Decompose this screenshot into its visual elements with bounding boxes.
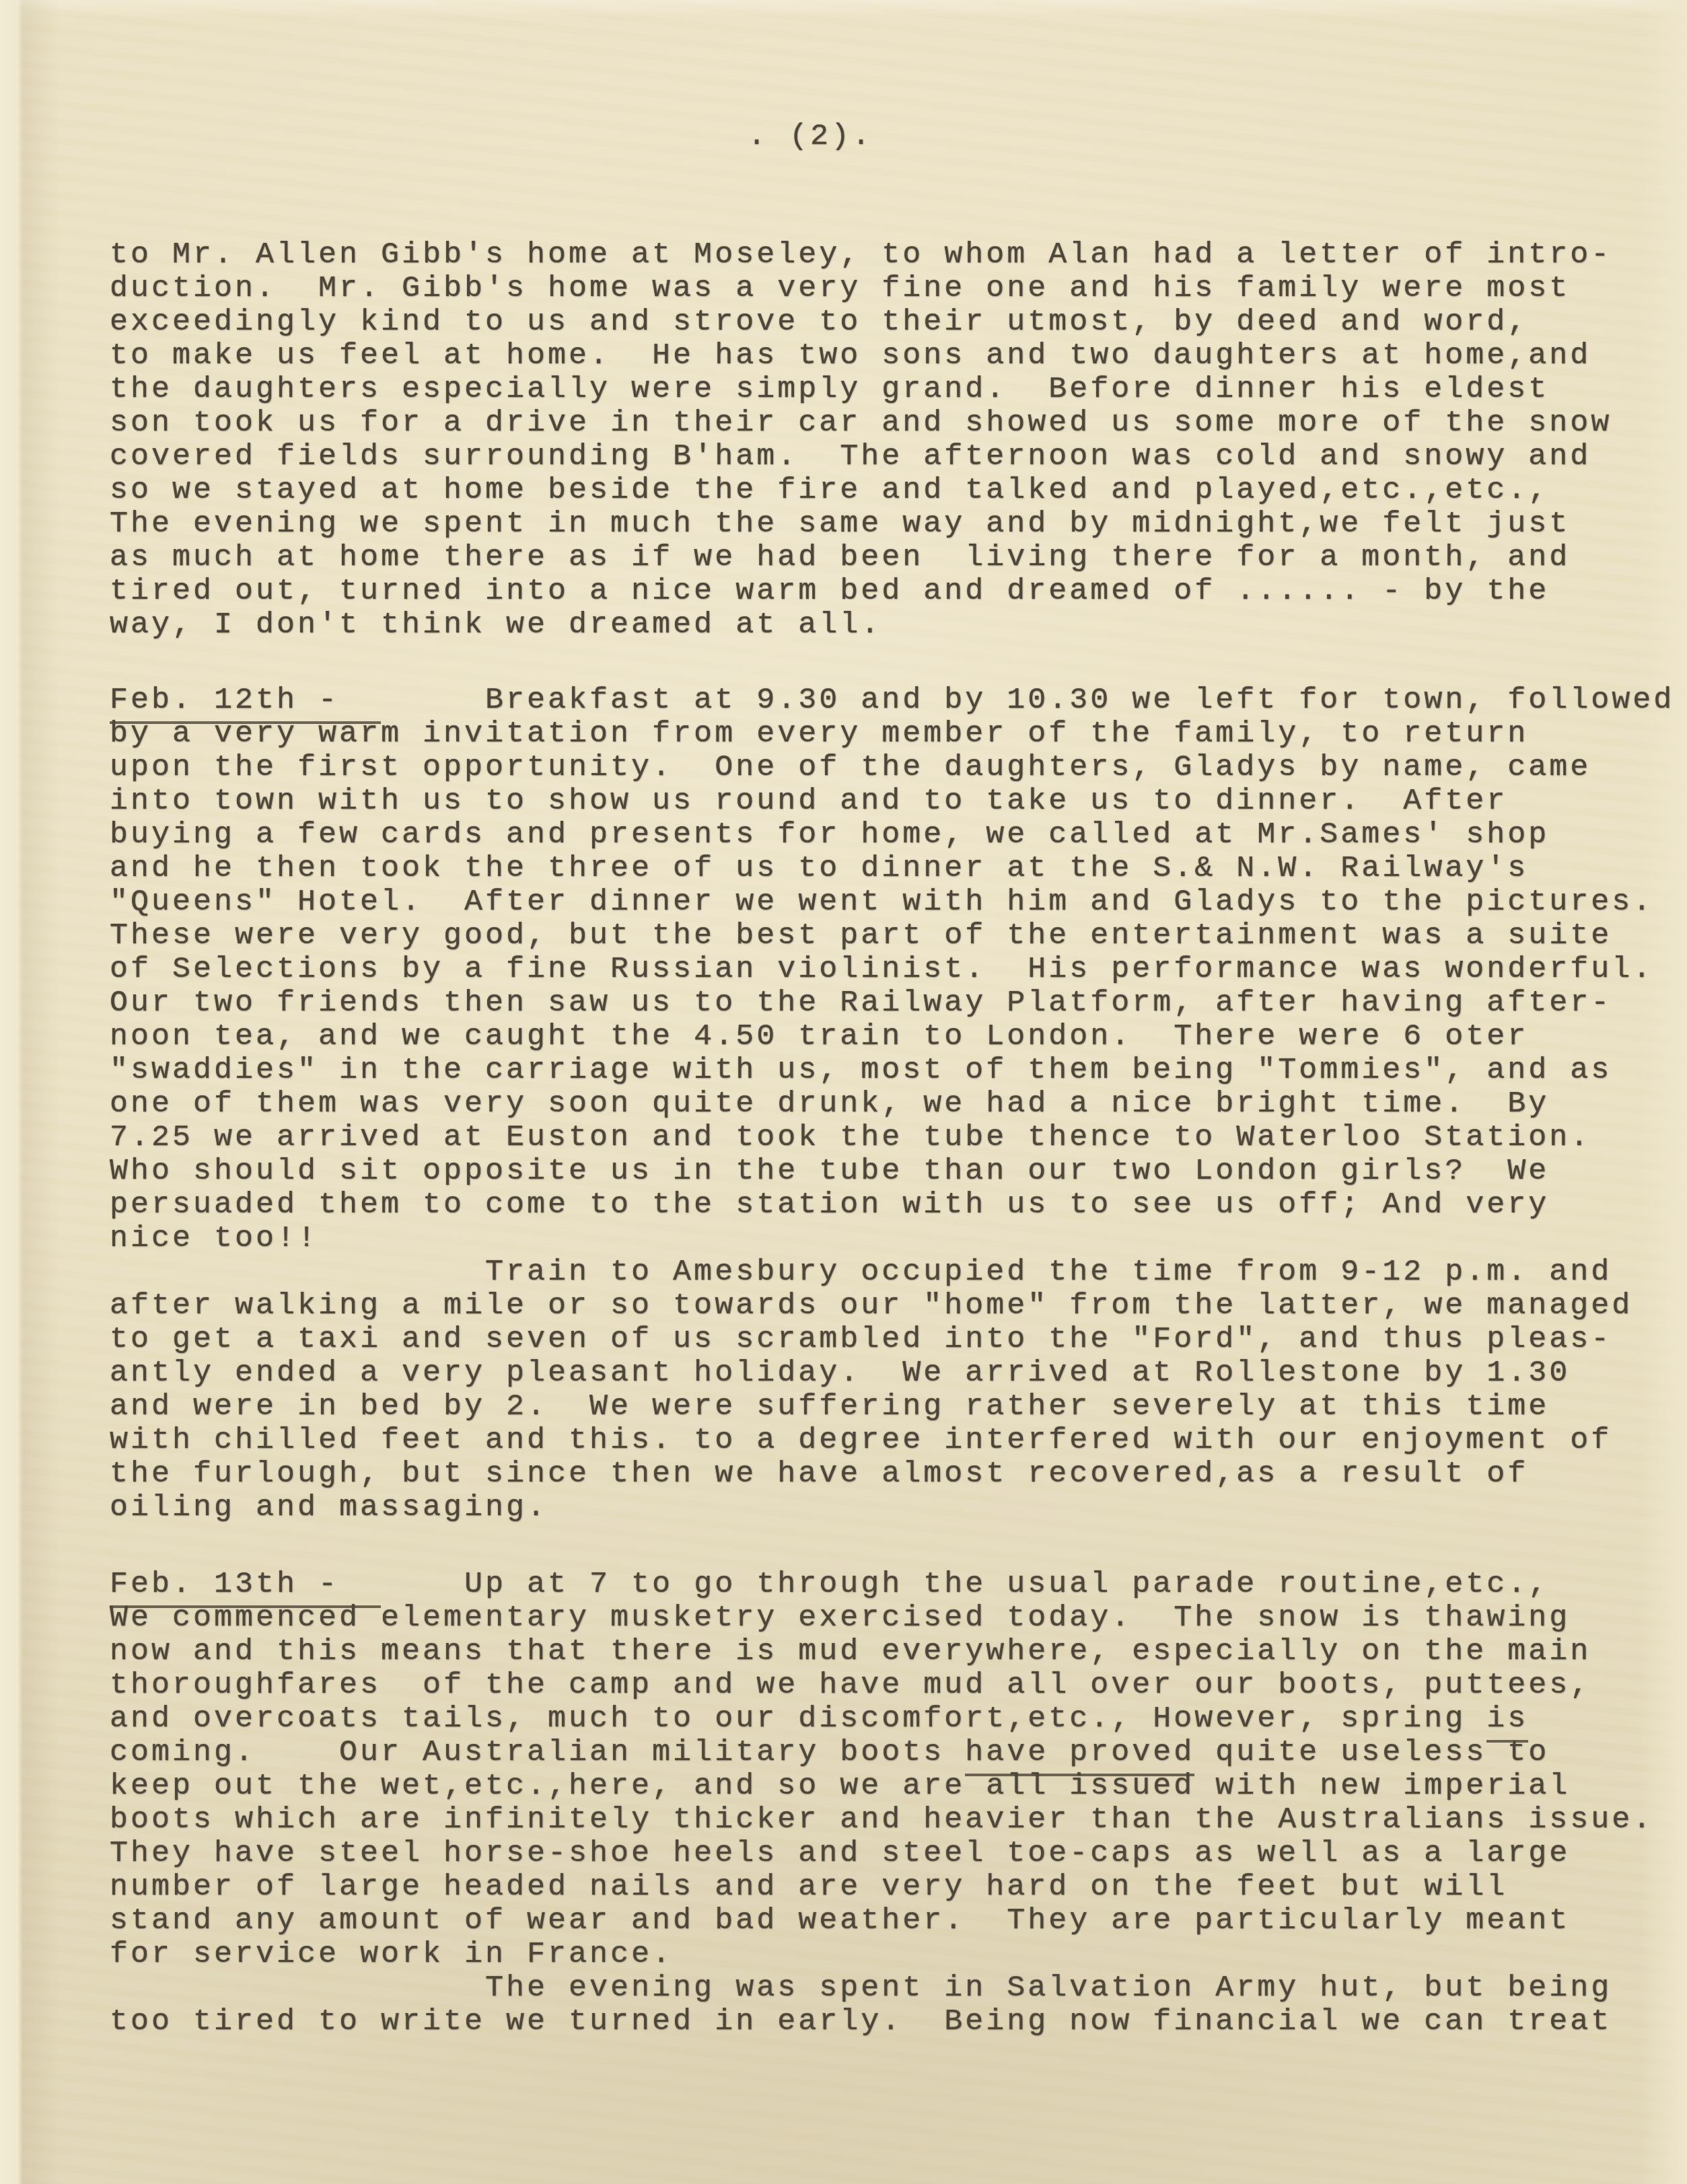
text-line: They have steel horse-shoe heels and ste… [110,1837,1674,1870]
text-line: with chilled feet and this. to a degree … [110,1424,1674,1457]
text-segment: boots which are infinitely thicker and h… [110,1803,1653,1837]
text-segment: of Selections by a fine Russian violinis… [110,952,1653,986]
text-segment: to Mr. Allen Gibb's home at Moseley, to … [110,238,1612,272]
text-line: The evening was spent in Salvation Army … [110,1971,1674,2005]
text-line: buying a few cards and presents for home… [110,818,1674,852]
text-segment: and were in bed by 2. We were suffering … [110,1389,1549,1424]
paragraph-feb-13th: Feb. 13th - Up at 7 to go through the us… [110,1568,1674,2039]
text-segment: thoroughfares of the camp and we have mu… [110,1668,1591,1702]
text-segment: with chilled feet and this. to a degree … [110,1423,1612,1457]
text-segment: oiling and massaging. [110,1490,548,1525]
text-line: tired out, turned into a nice warm bed a… [110,575,1674,608]
text-line: one of them was very soon quite drunk, w… [110,1087,1674,1121]
text-segment: Breakfast at 9.30 and by 10.30 we left f… [381,683,1674,717]
text-segment: by a very warm invitation from every mem… [110,717,1528,751]
text-segment: The evening we spent in much the same wa… [110,507,1570,541]
text-line: of Selections by a fine Russian violinis… [110,953,1674,986]
text-segment: noon tea, and we caught the 4.50 train t… [110,1019,1528,1054]
text-line: way, I don't think we dreamed at all. [110,608,1674,642]
text-line: thoroughfares of the camp and we have mu… [110,1669,1674,1702]
text-segment: quite useless to [1194,1735,1549,1770]
text-segment: Who should sit opposite us in the tube t… [110,1154,1549,1188]
text-line: to Mr. Allen Gibb's home at Moseley, to … [110,238,1674,272]
text-line: too tired to write we turned in early. B… [110,2005,1674,2039]
text-segment: for service work in France. [110,1937,673,1971]
text-segment: covered fields surrounding B'ham. The af… [110,439,1591,474]
text-segment: and he then took the three of us to dinn… [110,851,1528,885]
text-line: number of large headed nails and are ver… [110,1870,1674,1904]
text-segment: Up at 7 to go through the usual parade r… [381,1567,1549,1601]
text-line: "swaddies" in the carriage with us, most… [110,1054,1674,1087]
text-line: into town with us to show us round and t… [110,785,1674,818]
text-segment: to get a taxi and seven of us scrambled … [110,1322,1612,1356]
text-segment: now and this means that there is mud eve… [110,1634,1591,1669]
text-segment: "Queens" Hotel. After dinner we went wit… [110,885,1653,919]
text-segment: nice too!! [110,1221,318,1255]
text-segment: tired out, turned into a nice warm bed a… [110,574,1549,608]
text-segment: the daughters especially were simply gra… [110,372,1549,406]
text-segment: after walking a mile or so towards our "… [110,1288,1632,1323]
text-line: after walking a mile or so towards our "… [110,1289,1674,1323]
text-segment: Train to Amesbury occupied the time from… [110,1255,1612,1289]
text-line: keep out the wet,etc.,here, and so we ar… [110,1770,1674,1803]
text-segment: These were very good, but the best part … [110,918,1612,953]
text-line: as much at home there as if we had been … [110,541,1674,575]
text-segment: so we stayed at home beside the fire and… [110,473,1549,507]
text-segment: antly ended a very pleasant holiday. We … [110,1356,1570,1390]
text-segment: stand any amount of wear and bad weather… [110,1903,1570,1938]
text-line: to get a taxi and seven of us scrambled … [110,1323,1674,1356]
text-segment: persuaded them to come to the station wi… [110,1188,1549,1222]
text-line: exceedingly kind to us and strove to the… [110,305,1674,339]
text-line: boots which are infinitely thicker and h… [110,1803,1674,1837]
text-line: Who should sit opposite us in the tube t… [110,1155,1674,1188]
text-segment: and overcoats tails, much to our discomf… [110,1702,1486,1736]
page-number: . (2). [748,120,1674,153]
text-segment: The evening was spent in Salvation Army … [110,1971,1612,2005]
text-line: We commenced elementary musketry exercis… [110,1601,1674,1635]
text-segment: to make us feel at home. He has two sons… [110,338,1591,373]
text-line: Our two friends then saw us to the Railw… [110,986,1674,1020]
text-segment: 7.25 we arrived at Euston and took the t… [110,1120,1591,1155]
text-line: These were very good, but the best part … [110,919,1674,953]
text-line: son took us for a drive in their car and… [110,406,1674,440]
text-segment: "swaddies" in the carriage with us, most… [110,1053,1612,1087]
text-line: The evening we spent in much the same wa… [110,507,1674,541]
text-line: now and this means that there is mud eve… [110,1635,1674,1669]
text-line: the furlough, but since then we have alm… [110,1457,1674,1491]
text-segment: Our two friends then saw us to the Railw… [110,986,1612,1020]
text-line: stand any amount of wear and bad weather… [110,1904,1674,1938]
text-line: upon the first opportunity. One of the d… [110,751,1674,785]
text-line: oiling and massaging. [110,1491,1674,1525]
text-segment: keep out the wet,etc.,here, and so we ar… [110,1769,1570,1803]
text-segment: way, I don't think we dreamed at all. [110,608,882,642]
text-line: Feb. 13th - Up at 7 to go through the us… [110,1568,1674,1601]
text-segment: duction. Mr. Gibb's home was a very fine… [110,271,1570,305]
text-line: so we stayed at home beside the fire and… [110,474,1674,507]
text-segment: buying a few cards and presents for home… [110,817,1549,852]
paragraph-feb-12th: Feb. 12th - Breakfast at 9.30 and by 10.… [110,684,1674,1525]
page-content: . (2). to Mr. Allen Gibb's home at Mosel… [110,120,1674,2039]
text-line: Feb. 12th - Breakfast at 9.30 and by 10.… [110,684,1674,717]
text-segment: coming. Our Australian military boots [110,1735,965,1770]
text-line: antly ended a very pleasant holiday. We … [110,1356,1674,1390]
text-segment: upon the first opportunity. One of the d… [110,750,1591,785]
text-line: 7.25 we arrived at Euston and took the t… [110,1121,1674,1155]
text-segment: exceedingly kind to us and strove to the… [110,305,1528,339]
text-line: and overcoats tails, much to our discomf… [110,1702,1674,1736]
text-line: duction. Mr. Gibb's home was a very fine… [110,272,1674,305]
text-line: and he then took the three of us to dinn… [110,852,1674,885]
text-line: persuaded them to come to the station wi… [110,1188,1674,1222]
text-line: covered fields surrounding B'ham. The af… [110,440,1674,474]
text-segment: number of large headed nails and are ver… [110,1870,1507,1904]
text-line: by a very warm invitation from every mem… [110,717,1674,751]
text-segment: one of them was very soon quite drunk, w… [110,1087,1549,1121]
text-line: and were in bed by 2. We were suffering … [110,1390,1674,1424]
text-line: for service work in France. [110,1938,1674,1971]
text-line: noon tea, and we caught the 4.50 train t… [110,1020,1674,1054]
text-line: to make us feel at home. He has two sons… [110,339,1674,373]
paragraph-intro: to Mr. Allen Gibb's home at Moseley, to … [110,238,1674,642]
text-segment: too tired to write we turned in early. B… [110,2004,1612,2039]
text-segment: They have steel horse-shoe heels and ste… [110,1836,1570,1870]
typewritten-diary-page: . (2). to Mr. Allen Gibb's home at Mosel… [0,0,1687,2184]
text-segment: into town with us to show us round and t… [110,784,1507,818]
text-segment: as much at home there as if we had been … [110,540,1570,575]
text-segment: We commenced elementary musketry exercis… [110,1601,1570,1635]
text-segment: son took us for a drive in their car and… [110,406,1612,440]
text-line: coming. Our Australian military boots ha… [110,1736,1674,1770]
text-line: "Queens" Hotel. After dinner we went wit… [110,885,1674,919]
text-segment: the furlough, but since then we have alm… [110,1457,1528,1491]
text-line: nice too!! [110,1222,1674,1255]
text-line: the daughters especially were simply gra… [110,373,1674,406]
text-line: Train to Amesbury occupied the time from… [110,1255,1674,1289]
